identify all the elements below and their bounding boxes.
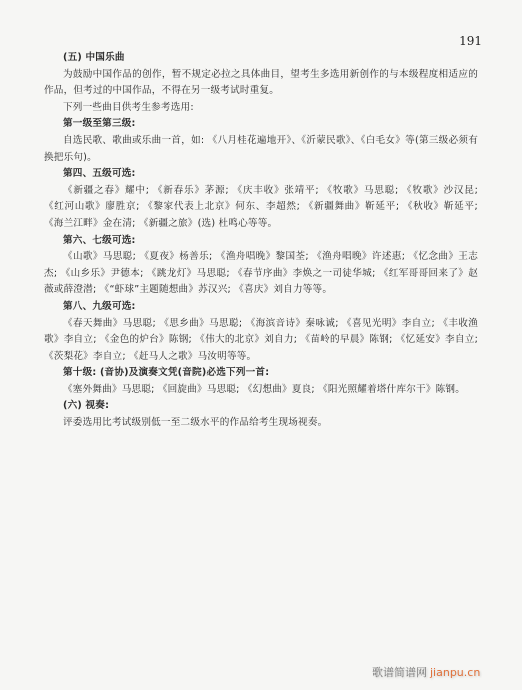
level-10-content: 《塞外舞曲》马思聪; 《回旋曲》马思聪; 《幻想曲》夏良; 《阳光照耀着塔什库尔… [44, 382, 478, 399]
section-6-heading: (六) 视奏: [44, 398, 478, 415]
level-10-heading: 第十级: (音协)及演奏文凭(音院)必选下列一首: [44, 365, 478, 382]
intro-paragraph: 为鼓励中国作品的创作，暂不规定必拉之具体曲目，望考生多选用新创作的与本级程度相适… [44, 67, 478, 100]
level-6-7-content: 《山歌》马思聪; 《夏夜》杨善乐; 《渔舟唱晚》黎国荃; 《渔舟唱晚》许述惠; … [44, 249, 478, 299]
level-8-9-heading: 第八、九级可选: [44, 299, 478, 316]
level-4-5-heading: 第四、五级可选: [44, 166, 478, 183]
level-1-3-heading: 第一级至第三级: [44, 116, 478, 133]
list-intro: 下列一些曲目供考生参考选用: [44, 100, 478, 117]
page-number: 191 [459, 34, 482, 48]
document-body: (五) 中国乐曲 为鼓励中国作品的创作，暂不规定必拉之具体曲目，望考生多选用新创… [44, 50, 478, 432]
section-6-content: 评委选用比考试级别低一至二级水平的作品给考生现场视奏。 [44, 415, 478, 432]
watermark: 歌谱简谱网jianpu.cn [372, 664, 480, 680]
level-6-7-heading: 第六、七级可选: [44, 233, 478, 250]
level-1-3-content: 自选民歌、歌曲或乐曲一首，如: 《八月桂花遍地开》、《沂蒙民歌》、《白毛女》等(… [44, 133, 478, 166]
section-5-heading: (五) 中国乐曲 [44, 50, 478, 67]
watermark-cn: 歌谱简谱网 [372, 666, 427, 679]
level-4-5-content: 《新疆之春》耀中; 《新春乐》茅源; 《庆丰收》张靖平; 《牧歌》马思聪; 《牧… [44, 183, 478, 233]
watermark-en: jianpu.cn [430, 666, 480, 679]
level-8-9-content: 《春天舞曲》马思聪; 《思乡曲》马思聪; 《海滨音诗》秦咏诚; 《喜见光明》李自… [44, 316, 478, 366]
